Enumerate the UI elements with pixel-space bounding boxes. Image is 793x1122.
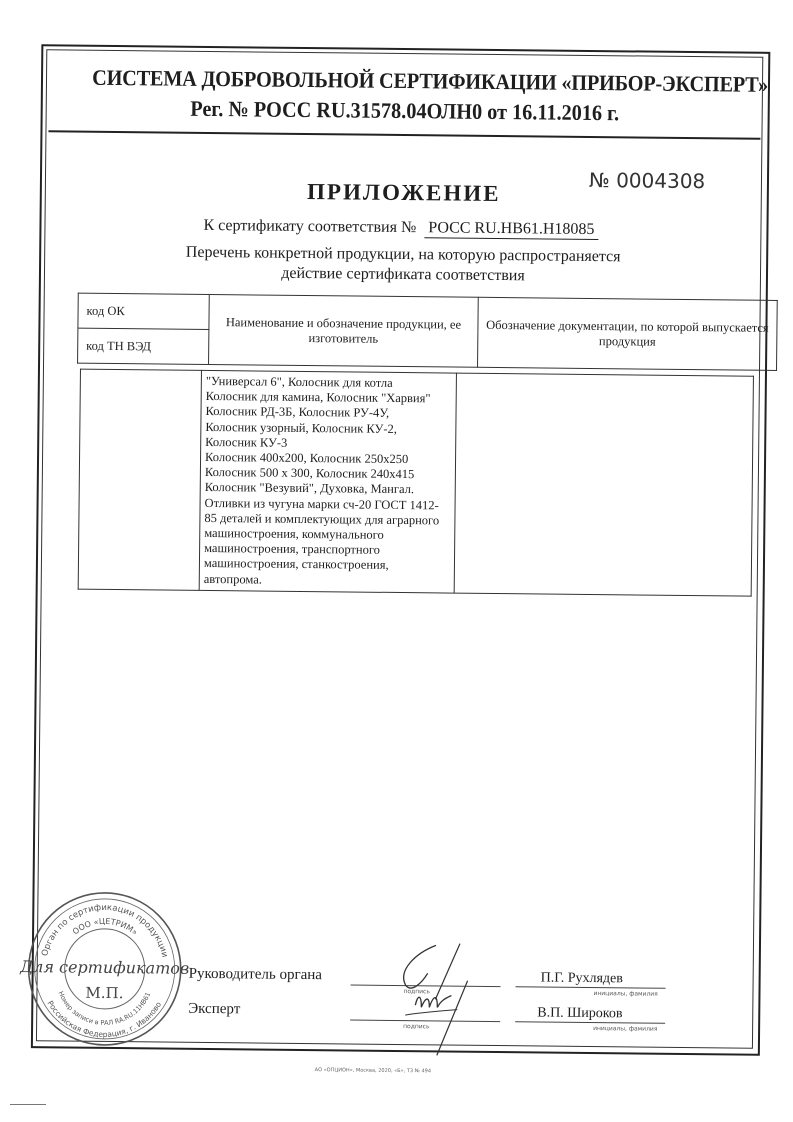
expert-name: В.П. Широков <box>537 1005 622 1022</box>
svg-text:Орган по сертификации продукци: Орган по сертификации продукции <box>40 902 170 958</box>
certificate-number: РОСС RU.НВ61.Н18085 <box>424 219 598 240</box>
product-table-body: "Универсал 6", Колосник для котлаКолосни… <box>78 369 754 597</box>
header-documentation: Обозначение документации, по которой вып… <box>478 297 778 370</box>
header-code-tn-ved: код ТН ВЭД <box>78 328 209 364</box>
head-of-body-label: Руководитель органа <box>189 966 323 984</box>
printer-imprint: АО «ОПЦИОН», Москва, 2020, «Б», Т3 № 494 <box>315 1067 431 1074</box>
stamp-seal-icon: Орган по сертификации продукции ООО «ЦЕТ… <box>25 889 185 1049</box>
cell-code <box>78 369 201 590</box>
svg-text:ООО «ЦЕТРИМ»: ООО «ЦЕТРИМ» <box>71 916 140 937</box>
header-code-ok: код ОК <box>78 293 209 329</box>
svg-text:Для сертификатов: Для сертификатов <box>19 957 189 978</box>
annex-serial-number: № 0004308 <box>589 168 705 193</box>
header-product-name: Наименование и обозначение продукции, ее… <box>209 294 479 367</box>
expert-name-caption: инициалы, фамилия <box>593 1025 657 1033</box>
svg-text:М.П.: М.П. <box>85 984 123 1002</box>
certification-body-stamp: Орган по сертификации продукции ООО «ЦЕТ… <box>25 889 185 1049</box>
scan-artifact <box>10 1104 46 1105</box>
certificate-prefix: К сертификату соответствия № <box>203 217 416 236</box>
certificate-annex-page: СИСТЕМА ДОБРОВОЛЬНОЙ СЕРТИФИКАЦИИ «ПРИБО… <box>0 0 793 1122</box>
handwritten-signature-icon <box>375 935 506 1066</box>
expert-label: Эксперт <box>188 1001 240 1019</box>
head-name: П.Г. Рухлядев <box>541 970 623 987</box>
head-name-caption: инициалы, фамилия <box>593 990 657 998</box>
cell-documentation <box>454 373 753 596</box>
product-list-title: Перечень конкретной продукции, на котору… <box>103 242 703 288</box>
annex-title: ПРИЛОЖЕНИЕ <box>254 178 554 207</box>
product-line: автопрома. <box>204 572 450 590</box>
table-row: "Универсал 6", Колосник для котлаКолосни… <box>78 369 753 596</box>
product-table-header: код ОК Наименование и обозначение продук… <box>77 293 778 371</box>
cell-product-list: "Универсал 6", Колосник для котлаКолосни… <box>199 370 456 593</box>
